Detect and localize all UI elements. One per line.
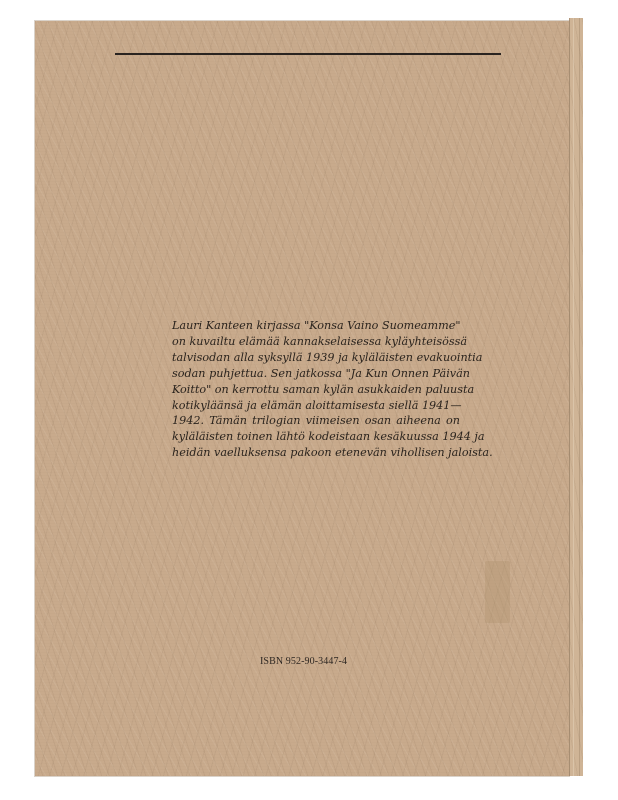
isbn-label: ISBN 952-90-3447-4 (260, 656, 347, 667)
blurb-line: on kuvailtu elämää kannakselaisessa kylä… (172, 334, 460, 350)
blurb-line: Lauri Kanteen kirjassa "Konsa Vaino Suom… (172, 318, 460, 334)
book-spine (569, 18, 583, 776)
blurb-line: sodan puhjettua. Sen jatkossa "Ja Kun On… (172, 366, 460, 382)
blurb-line: Koitto" on kerrottu saman kylän asukkaid… (172, 382, 460, 398)
decorative-rule (115, 53, 501, 55)
blurb-line: talvisodan alla syksyllä 1939 ja kyläläi… (172, 350, 460, 366)
blurb-line: 1942. Tämän trilogian viimeisen osan aih… (172, 413, 460, 429)
blurb-line: kotikyläänsä ja elämän aloittamisesta si… (172, 398, 460, 414)
blurb-line: heidän vaelluksensa pakoon etenevän viho… (172, 445, 460, 461)
blurb-text: Lauri Kanteen kirjassa "Konsa Vaino Suom… (172, 318, 460, 461)
paper-stain (485, 561, 510, 623)
back-cover: Lauri Kanteen kirjassa "Konsa Vaino Suom… (35, 21, 569, 776)
blurb-line: kyläläisten toinen lähtö kodeistaan kesä… (172, 429, 460, 445)
